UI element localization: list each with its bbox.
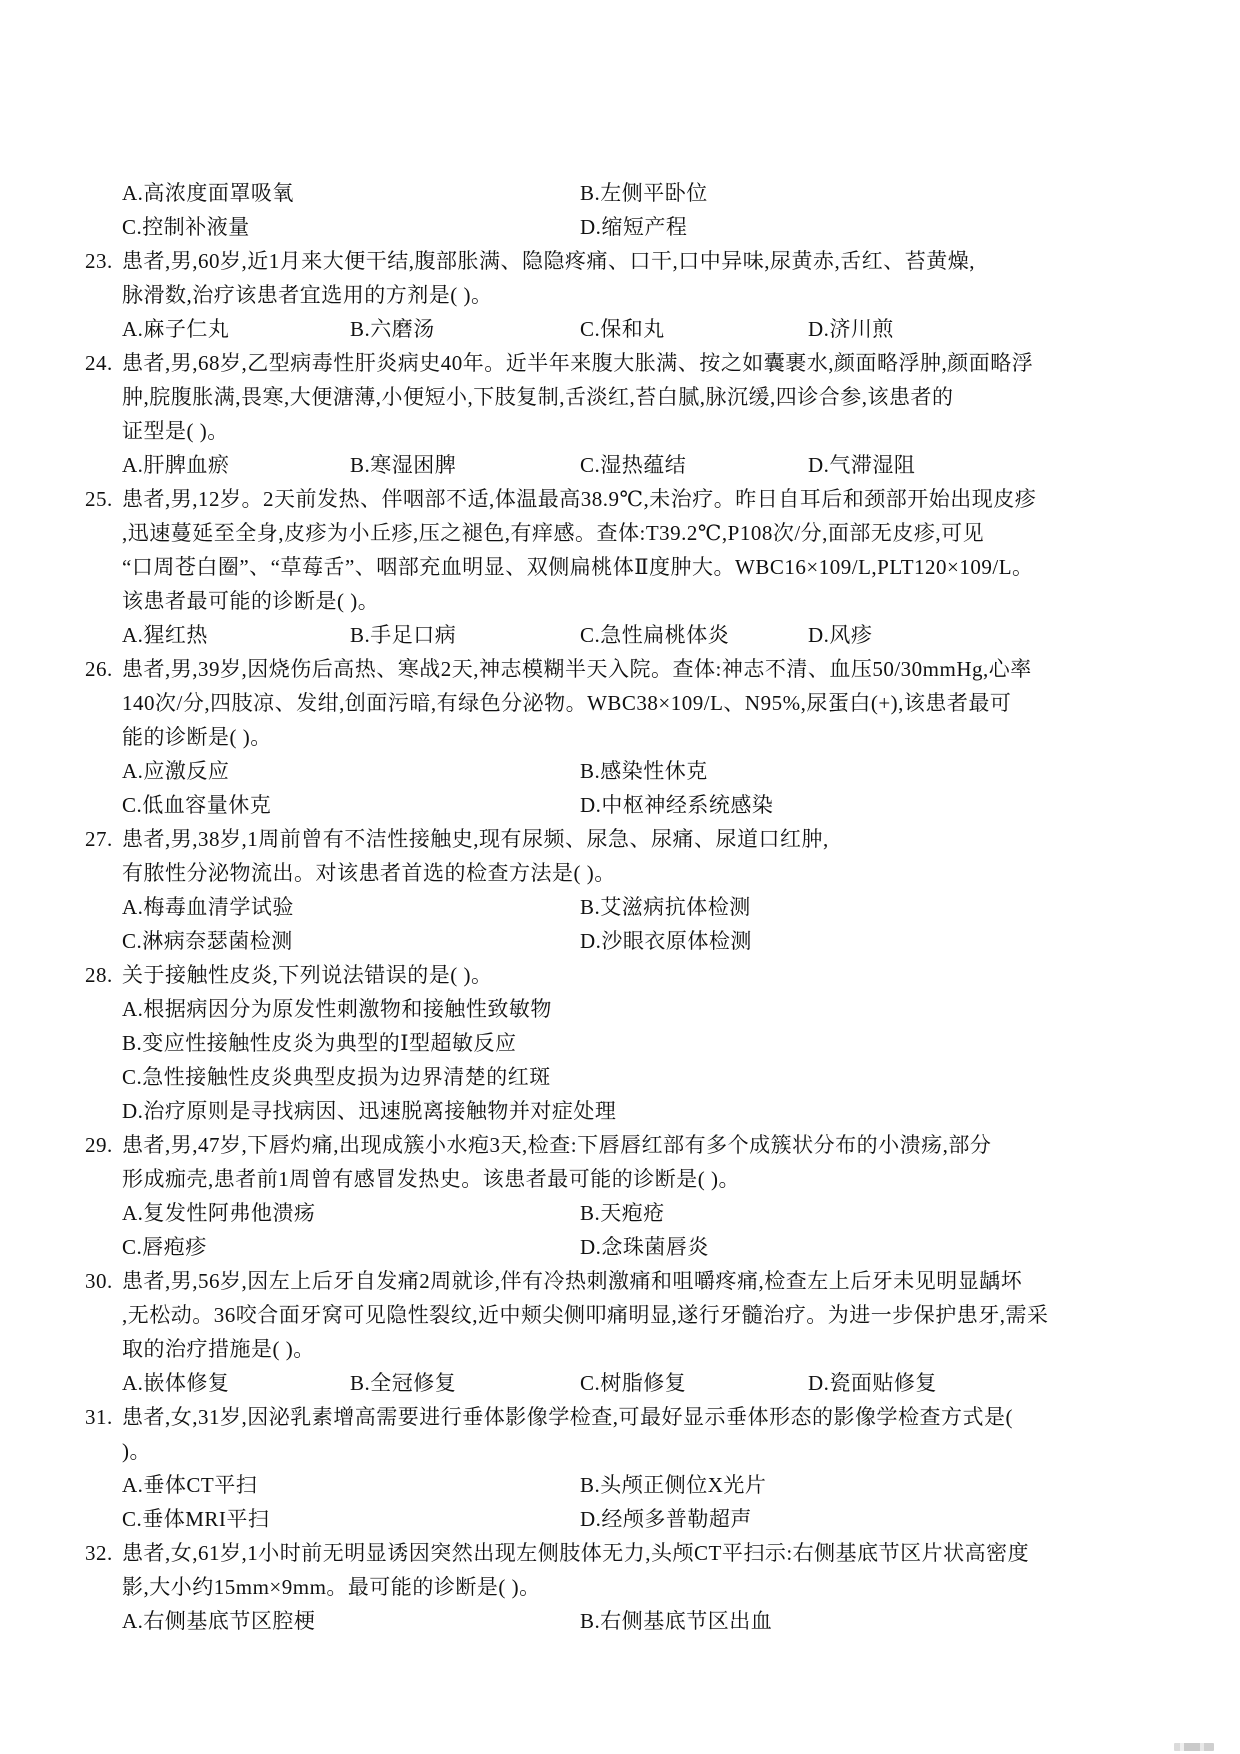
option-item: B.感染性休克 [580, 754, 1180, 788]
question-text-line: 患者,女,61岁,1小时前无明显诱因突然出现左侧肢体无力,头颅CT平扫示:右侧基… [122, 1536, 1180, 1570]
question-text-line: 患者,男,68岁,乙型病毒性肝炎病史40年。近半年来腹大胀满、按之如囊裹水,颜面… [122, 346, 1180, 380]
option-item: B.艾滋病抗体检测 [580, 890, 1180, 924]
options-row: A.麻子仁丸B.六磨汤C.保和丸D.济川煎 [85, 312, 1180, 346]
question-text-line: 肿,脘腹胀满,畏寒,大便溏薄,小便短小,下肢复制,舌淡红,苔白腻,脉沉缓,四诊合… [122, 380, 1180, 414]
question-text-line: 患者,男,47岁,下唇灼痛,出现成簇小水疱3天,检查:下唇唇红部有多个成簇状分布… [122, 1128, 1180, 1162]
option-item: D.经颅多普勒超声 [580, 1502, 1180, 1536]
options-row: A.应激反应B.感染性休克C.低血容量休克D.中枢神经系统感染 [85, 754, 1180, 822]
option-item: A.猩红热 [122, 618, 350, 652]
option-item: D.念珠菌唇炎 [580, 1230, 1180, 1264]
option-item: A.嵌体修复 [122, 1366, 350, 1400]
options-row: A.梅毒血清学试验B.艾滋病抗体检测C.淋病奈瑟菌检测D.沙眼衣原体检测 [85, 890, 1180, 958]
question-block: 28.关于接触性皮炎,下列说法错误的是( )。 [85, 958, 1180, 992]
option-item: A.复发性阿弗他溃疡 [122, 1196, 580, 1230]
option-item: B.全冠修复 [350, 1366, 580, 1400]
option-item: B.天疱疮 [580, 1196, 1180, 1230]
option-item: A.麻子仁丸 [122, 312, 350, 346]
question-text-line: 脉滑数,治疗该患者宜选用的方剂是( )。 [122, 278, 1180, 312]
question-text-line: ,无松动。36咬合面牙窝可见隐性裂纹,近中颊尖侧叩痛明显,遂行牙髓治疗。为进一步… [122, 1298, 1180, 1332]
option-item: C.淋病奈瑟菌检测 [122, 924, 580, 958]
option-item: B.右侧基底节区出血 [580, 1604, 1180, 1638]
question-number: 31. [85, 1400, 122, 1434]
option-item: B.变应性接触性皮炎为典型的Ⅰ型超敏反应 [122, 1026, 1180, 1060]
question-text-line: 患者,男,39岁,因烧伤后高热、寒战2天,神志模糊半天入院。查体:神志不清、血压… [122, 652, 1180, 686]
question-text-line: 能的诊断是( )。 [122, 720, 1180, 754]
option-item: A.垂体CT平扫 [122, 1468, 580, 1502]
options-row: A.嵌体修复B.全冠修复C.树脂修复D.瓷面贴修复 [85, 1366, 1180, 1400]
question-number: 24. [85, 346, 122, 380]
question-text-line: 140次/分,四肢凉、发绀,创面污暗,有绿色分泌物。WBC38×109/L、N9… [122, 686, 1180, 720]
option-item: C.保和丸 [580, 312, 808, 346]
option-item: D.济川煎 [808, 312, 1180, 346]
question-number: 29. [85, 1128, 122, 1162]
question-text-line: ,迅速蔓延至全身,皮疹为小丘疹,压之褪色,有痒感。查体:T39.2℃,P108次… [122, 516, 1180, 550]
option-item: D.缩短产程 [580, 210, 1180, 244]
option-item: D.治疗原则是寻找病因、迅速脱离接触物并对症处理 [122, 1094, 1180, 1128]
question-block: 23.患者,男,60岁,近1月来大便干结,腹部胀满、隐隐疼痛、口干,口中异味,尿… [85, 244, 1180, 312]
question-text-line: )。 [122, 1434, 1180, 1468]
question-text-line: “口周苍白圈”、“草莓舌”、咽部充血明显、双侧扁桃体Ⅱ度肿大。WBC16×109… [122, 550, 1180, 584]
question-text-line: 患者,男,56岁,因左上后牙自发痛2周就诊,伴有冷热刺激痛和咀嚼疼痛,检查左上后… [122, 1264, 1180, 1298]
option-item: A.根据病因分为原发性刺激物和接触性致敏物 [122, 992, 1180, 1026]
question-number: 30. [85, 1264, 122, 1298]
option-item: A.高浓度面罩吸氧 [122, 176, 580, 210]
option-item: B.左侧平卧位 [580, 176, 1180, 210]
options-row: A.肝脾血瘀B.寒湿困脾C.湿热蕴结D.气滞湿阻 [85, 448, 1180, 482]
question-number: 25. [85, 482, 122, 516]
question-number: 28. [85, 958, 122, 992]
option-item: A.右侧基底节区腔梗 [122, 1604, 580, 1638]
question-block: 30.患者,男,56岁,因左上后牙自发痛2周就诊,伴有冷热刺激痛和咀嚼疼痛,检查… [85, 1264, 1180, 1366]
option-item: C.低血容量休克 [122, 788, 580, 822]
question-block: 24.患者,男,68岁,乙型病毒性肝炎病史40年。近半年来腹大胀满、按之如囊裹水… [85, 346, 1180, 448]
option-item: A.肝脾血瘀 [122, 448, 350, 482]
option-item: B.手足口病 [350, 618, 580, 652]
question-text-line: 影,大小约15mm×9mm。最可能的诊断是( )。 [122, 1570, 1180, 1604]
options-row: A.右侧基底节区腔梗B.右侧基底节区出血 [85, 1604, 1180, 1638]
question-number: 27. [85, 822, 122, 856]
option-item: B.六磨汤 [350, 312, 580, 346]
exam-page: A.高浓度面罩吸氧B.左侧平卧位C.控制补液量D.缩短产程23.患者,男,60岁… [0, 0, 1240, 1754]
options-row: A.高浓度面罩吸氧B.左侧平卧位C.控制补液量D.缩短产程 [85, 176, 1180, 244]
question-text-line: 患者,女,31岁,因泌乳素增高需要进行垂体影像学检查,可最好显示垂体形态的影像学… [122, 1400, 1180, 1434]
option-item: C.唇疱疹 [122, 1230, 580, 1264]
question-text-line: 形成痂壳,患者前1周曾有感冒发热史。该患者最可能的诊断是( )。 [122, 1162, 1180, 1196]
option-item: C.湿热蕴结 [580, 448, 808, 482]
options-row: A.复发性阿弗他溃疡B.天疱疮C.唇疱疹D.念珠菌唇炎 [85, 1196, 1180, 1264]
question-block: 26.患者,男,39岁,因烧伤后高热、寒战2天,神志模糊半天入院。查体:神志不清… [85, 652, 1180, 754]
option-item: C.急性接触性皮炎典型皮损为边界清楚的红斑 [122, 1060, 1180, 1094]
question-text-line: 患者,男,12岁。2天前发热、伴咽部不适,体温最高38.9℃,未治疗。昨日自耳后… [122, 482, 1180, 516]
question-text-line: 患者,男,60岁,近1月来大便干结,腹部胀满、隐隐疼痛、口干,口中异味,尿黄赤,… [122, 244, 1180, 278]
option-item: D.风疹 [808, 618, 1180, 652]
question-number: 26. [85, 652, 122, 686]
question-text-line: 证型是( )。 [122, 414, 1180, 448]
options-row: A.猩红热B.手足口病C.急性扁桃体炎D.风疹 [85, 618, 1180, 652]
option-item: A.梅毒血清学试验 [122, 890, 580, 924]
option-item: C.树脂修复 [580, 1366, 808, 1400]
question-block: 27.患者,男,38岁,1周前曾有不洁性接触史,现有尿频、尿急、尿痛、尿道口红肿… [85, 822, 1180, 890]
question-block: 29.患者,男,47岁,下唇灼痛,出现成簇小水疱3天,检查:下唇唇红部有多个成簇… [85, 1128, 1180, 1196]
exam-content: A.高浓度面罩吸氧B.左侧平卧位C.控制补液量D.缩短产程23.患者,男,60岁… [85, 176, 1180, 1638]
option-item: D.沙眼衣原体检测 [580, 924, 1180, 958]
option-item: B.头颅正侧位X光片 [580, 1468, 1180, 1502]
option-item: D.中枢神经系统感染 [580, 788, 1180, 822]
question-block: 32.患者,女,61岁,1小时前无明显诱因突然出现左侧肢体无力,头颅CT平扫示:… [85, 1536, 1180, 1604]
option-item: A.应激反应 [122, 754, 580, 788]
option-item: C.急性扁桃体炎 [580, 618, 808, 652]
question-block: 25.患者,男,12岁。2天前发热、伴咽部不适,体温最高38.9℃,未治疗。昨日… [85, 482, 1180, 618]
question-number: 23. [85, 244, 122, 278]
options-row: A.垂体CT平扫B.头颅正侧位X光片C.垂体MRI平扫D.经颅多普勒超声 [85, 1468, 1180, 1536]
question-text-line: 取的治疗措施是( )。 [122, 1332, 1180, 1366]
option-item: D.瓷面贴修复 [808, 1366, 1180, 1400]
question-text-line: 有脓性分泌物流出。对该患者首选的检查方法是( )。 [122, 856, 1180, 890]
option-item: C.垂体MRI平扫 [122, 1502, 580, 1536]
options-row: A.根据病因分为原发性刺激物和接触性致敏物B.变应性接触性皮炎为典型的Ⅰ型超敏反… [85, 992, 1180, 1128]
option-item: B.寒湿困脾 [350, 448, 580, 482]
question-text-line: 关于接触性皮炎,下列说法错误的是( )。 [122, 958, 1180, 992]
question-block: 31.患者,女,31岁,因泌乳素增高需要进行垂体影像学检查,可最好显示垂体形态的… [85, 1400, 1180, 1468]
question-text-line: 患者,男,38岁,1周前曾有不洁性接触史,现有尿频、尿急、尿痛、尿道口红肿, [122, 822, 1180, 856]
option-item: D.气滞湿阻 [808, 448, 1180, 482]
option-item: C.控制补液量 [122, 210, 580, 244]
footer-watermark-smudge [1174, 1743, 1214, 1751]
question-number: 32. [85, 1536, 122, 1570]
question-text-line: 该患者最可能的诊断是( )。 [122, 584, 1180, 618]
